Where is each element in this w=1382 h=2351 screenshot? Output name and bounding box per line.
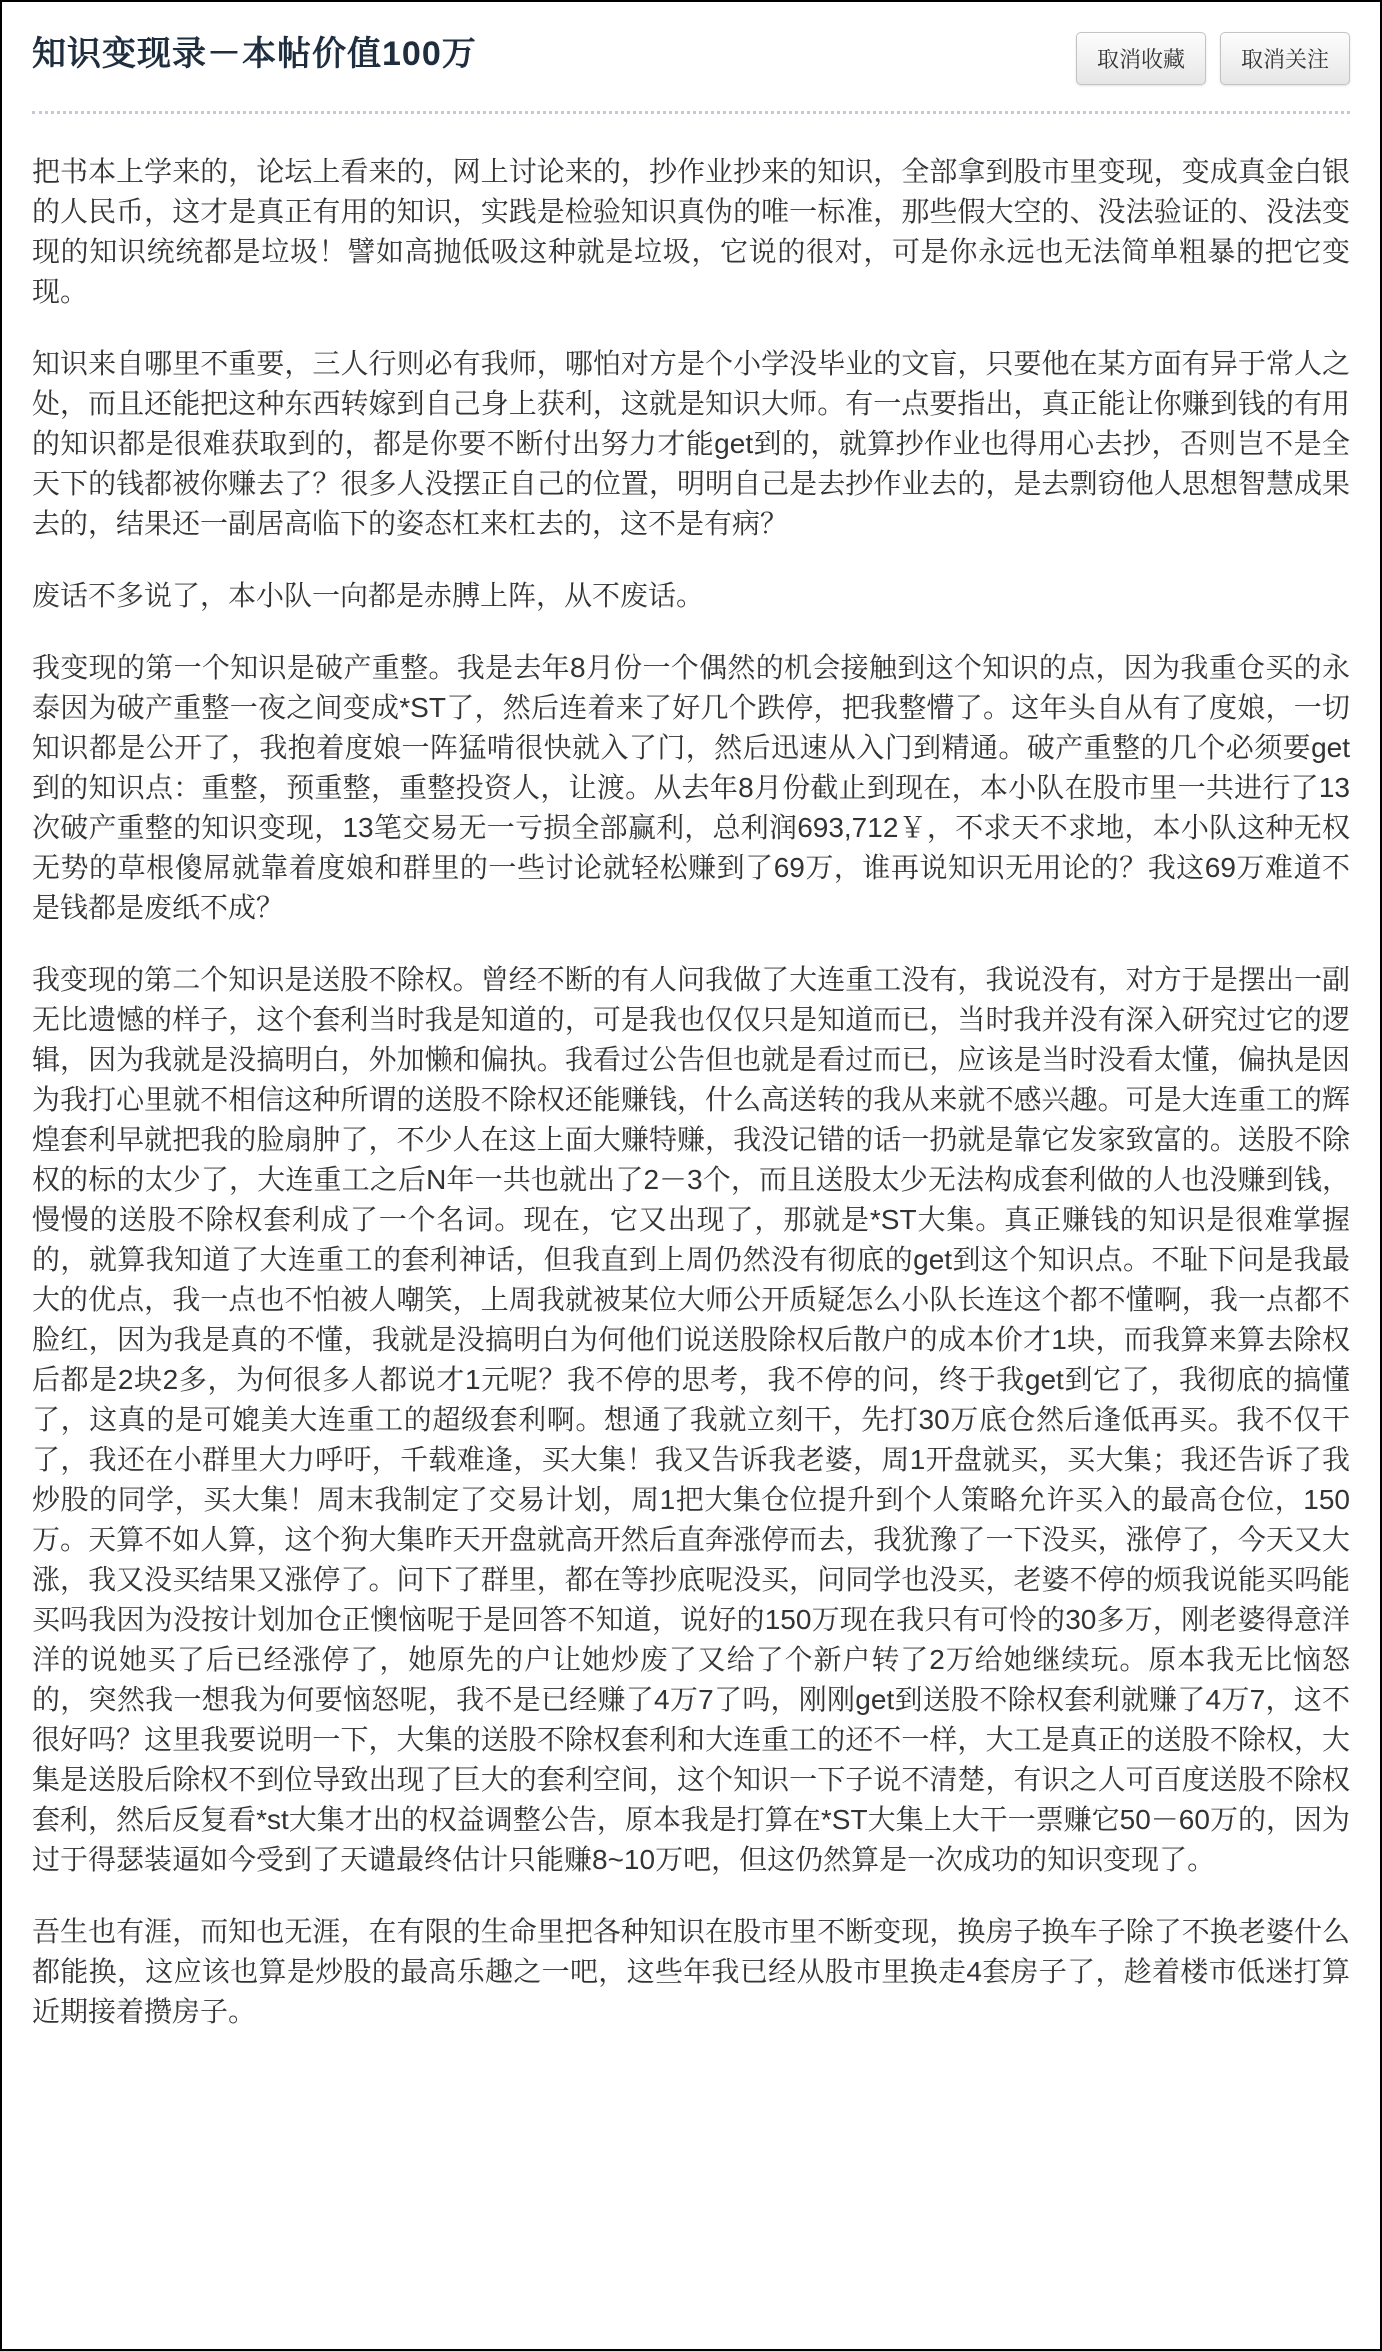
header-actions: 取消收藏 取消关注 [1076,32,1350,85]
post-paragraph-4: 我变现的第一个知识是破产重整。我是去年8月份一个偶然的机会接触到这个知识的点，因… [32,648,1350,928]
unfavorite-button[interactable]: 取消收藏 [1076,32,1206,85]
post-title: 知识变现录－本帖价值100万 [32,30,477,78]
post-page: 知识变现录－本帖价值100万 取消收藏 取消关注 把书本上学来的，论坛上看来的，… [0,0,1382,2351]
post-paragraph-6: 吾生也有涯，而知也无涯，在有限的生命里把各种知识在股市里不断变现，换房子换车子除… [32,1912,1350,2032]
post-paragraph-3: 废话不多说了，本小队一向都是赤膊上阵，从不废话。 [32,576,1350,616]
post-paragraph-2: 知识来自哪里不重要，三人行则必有我师，哪怕对方是个小学没毕业的文盲，只要他在某方… [32,344,1350,544]
post-paragraph-1: 把书本上学来的，论坛上看来的，网上讨论来的，抄作业抄来的知识，全部拿到股市里变现… [32,152,1350,312]
post-paragraph-5: 我变现的第二个知识是送股不除权。曾经不断的有人问我做了大连重工没有，我说没有，对… [32,960,1350,1880]
unfollow-button[interactable]: 取消关注 [1220,32,1350,85]
post-body: 把书本上学来的，论坛上看来的，网上讨论来的，抄作业抄来的知识，全部拿到股市里变现… [32,114,1350,2032]
post-header: 知识变现录－本帖价值100万 取消收藏 取消关注 [32,24,1350,114]
